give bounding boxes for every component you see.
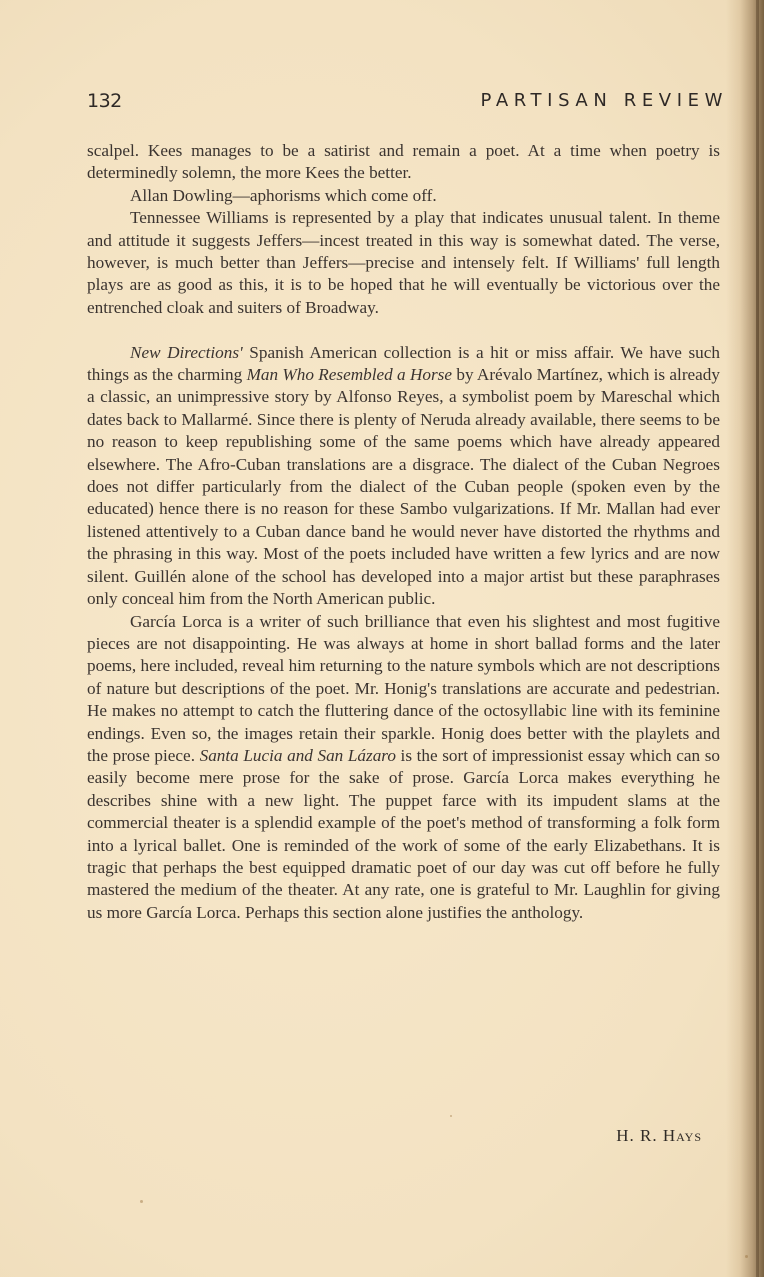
paper-speck (140, 1200, 143, 1203)
book-page: 132 PARTISAN REVIEW scalpel. Kees manage… (0, 0, 764, 1277)
paper-speck (745, 1255, 748, 1258)
article-body: scalpel. Kees manages to be a satirist a… (87, 140, 720, 924)
running-head: 132 PARTISAN REVIEW (87, 90, 723, 118)
text-run: Allan Dowling—aphorisms which come off. (130, 186, 437, 205)
author-signature: H. R. Hays (616, 1126, 702, 1146)
paragraph: García Lorca is a writer of such brillia… (87, 611, 720, 925)
text-run: García Lorca is a writer of such brillia… (87, 612, 720, 765)
paragraph: Tennessee Williams is represented by a p… (87, 207, 720, 319)
text-run: scalpel. Kees manages to be a satirist a… (87, 141, 720, 182)
paragraph: New Directions' Spanish American collect… (87, 342, 720, 611)
binding-shadow (756, 0, 759, 1277)
paper-speck (450, 1115, 452, 1117)
paragraph: Allan Dowling—aphorisms which come off. (87, 185, 720, 207)
text-run: by Arévalo Martínez, which is already a … (87, 365, 720, 608)
italic-title: Santa Lucia and San Lázaro (200, 746, 396, 765)
italic-title: New Directions' (130, 343, 243, 362)
page-number: 132 (87, 90, 122, 112)
text-run: Tennessee Williams is represented by a p… (87, 208, 720, 317)
italic-title: Man Who Resembled a Horse (247, 365, 452, 384)
paragraph: scalpel. Kees manages to be a satirist a… (87, 140, 720, 185)
text-run: is the sort of impressionist essay which… (87, 746, 720, 922)
journal-title: PARTISAN REVIEW (481, 90, 728, 111)
